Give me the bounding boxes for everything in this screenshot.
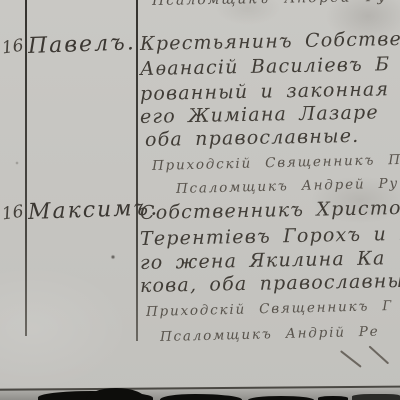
pen-flourish-stroke [369,345,389,364]
entry2-record-line: Терентіевъ Горохъ и за [140,223,400,250]
scan-edge-black-blob [248,396,314,400]
entry2-record-line: Собственникъ Христофо [140,196,400,224]
previous-record-psalmist-line: Псаломщикъ Андрей Ру [152,0,388,9]
column-rule-left [25,0,27,336]
entry1-record-line: Крестьянинъ Собственни [140,27,400,55]
entry1-number: 16 [1,36,25,59]
entry2-number: 16 [1,202,25,225]
entry1-priest-signature: Приходскій Священникъ По [152,152,400,174]
scan-edge-black-blob [160,394,242,400]
scanned-register-page: Псаломщикъ Андрей Ру 16 Павелъ. Крестьян… [0,0,400,400]
entry2-record-line: кова, оба православны [140,270,400,297]
scan-edge-black-blob [318,396,348,400]
entry1-record-line: оба православные. [145,125,360,151]
scan-edge-black-blob [352,394,400,400]
entry1-record-line: его Жиміана Лазаре [140,101,379,128]
entry2-psalmist-signature: Псаломщикъ Андрій Ре [160,324,380,345]
entry1-record-line: Аѳанасій Василіевъ Б [140,53,391,80]
entry2-priest-signature: Приходскій Священникъ Г о [146,297,400,320]
entry1-name: Павелъ. [28,30,137,59]
entry1-psalmist-signature: Псаломщикъ Андрей Ру [176,176,399,197]
column-rule-middle [136,0,138,341]
pen-flourish-stroke [340,350,361,367]
